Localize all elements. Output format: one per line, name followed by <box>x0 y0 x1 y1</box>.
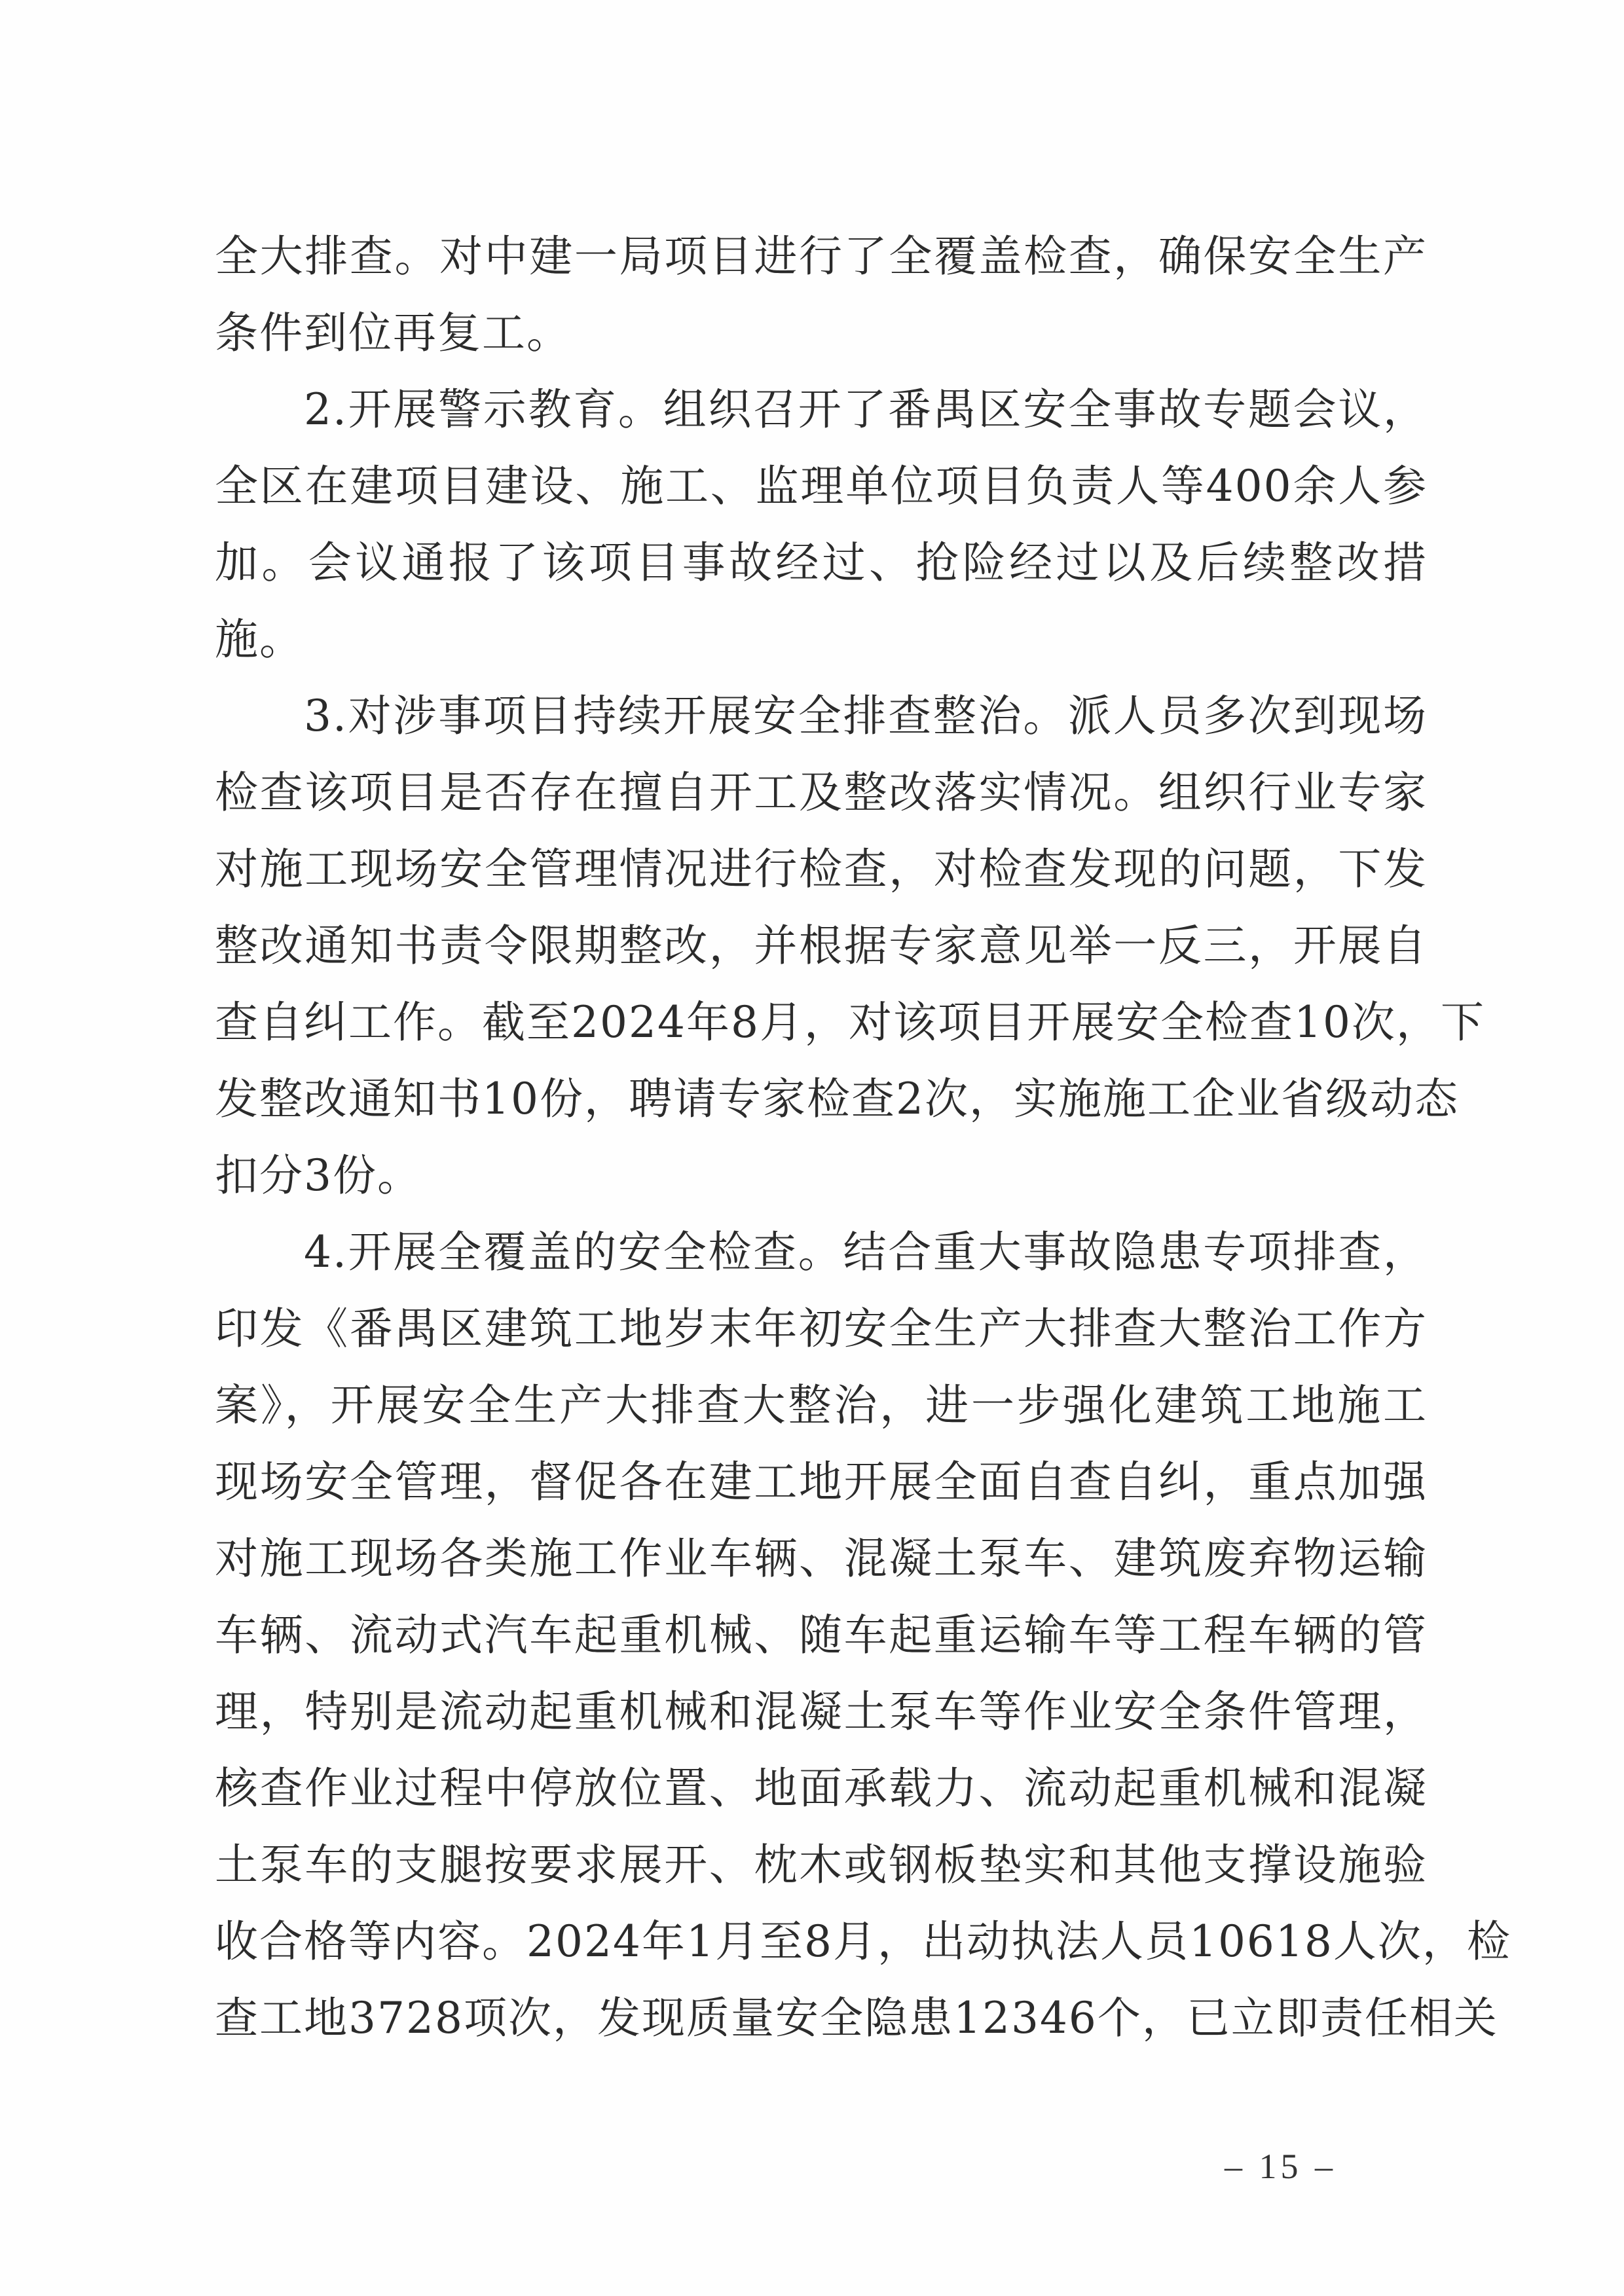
text-line: 车辆、流动式汽车起重机械、随车起重运输车等工程车辆的管 <box>215 1597 1428 1673</box>
text-line: 案》，开展安全生产大排查大整治，进一步强化建筑工地施工 <box>215 1367 1428 1444</box>
text-line: 全大排查。对中建一局项目进行了全覆盖检查，确保安全生产 <box>215 218 1428 295</box>
text-line: 理，特别是流动起重机械和混凝土泵车等作业安全条件管理， <box>215 1673 1428 1750</box>
text-line: 印发《番禺区建筑工地岁末年初安全生产大排查大整治工作方 <box>215 1290 1428 1367</box>
text-line: 2.开展警示教育。组织召开了番禺区安全事故专题会议， <box>215 371 1428 448</box>
body-text: 全大排查。对中建一局项目进行了全覆盖检查，确保安全生产条件到位再复工。2.开展警… <box>215 218 1428 2056</box>
text-line: 土泵车的支腿按要求展开、枕木或钢板垫实和其他支撑设施验 <box>215 1827 1428 1903</box>
document-page: 全大排查。对中建一局项目进行了全覆盖检查，确保安全生产条件到位再复工。2.开展警… <box>0 0 1624 2296</box>
text-line: 3.对涉事项目持续开展安全排查整治。派人员多次到现场 <box>215 678 1428 754</box>
text-line: 对施工现场各类施工作业车辆、混凝土泵车、建筑废弃物运输 <box>215 1520 1428 1597</box>
text-line: 4.开展全覆盖的安全检查。结合重大事故隐患专项排查， <box>215 1214 1428 1290</box>
text-line: 全区在建项目建设、施工、监理单位项目负责人等400余人参 <box>215 448 1428 524</box>
text-line: 核查作业过程中停放位置、地面承载力、流动起重机械和混凝 <box>215 1750 1428 1827</box>
text-line: 对施工现场安全管理情况进行检查，对检查发现的问题，下发 <box>215 831 1428 907</box>
text-line: 收合格等内容。2024年1月至8月，出动执法人员10618人次，检 <box>215 1903 1428 1980</box>
text-line: 扣分3份。 <box>215 1137 1428 1214</box>
text-line: 检查该项目是否存在擅自开工及整改落实情况。组织行业专家 <box>215 754 1428 831</box>
text-line: 查工地3728项次，发现质量安全隐患12346个，已立即责任相关 <box>215 1980 1428 2056</box>
text-line: 现场安全管理，督促各在建工地开展全面自查自纠，重点加强 <box>215 1444 1428 1520</box>
text-line: 发整改通知书10份，聘请专家检查2次，实施施工企业省级动态 <box>215 1061 1428 1137</box>
text-line: 整改通知书责令限期整改，并根据专家意见举一反三，开展自 <box>215 907 1428 984</box>
text-line: 施。 <box>215 601 1428 678</box>
text-line: 加。会议通报了该项目事故经过、抢险经过以及后续整改措 <box>215 524 1428 601</box>
page-number: – 15 – <box>1225 2146 1336 2187</box>
text-line: 查自纠工作。截至2024年8月，对该项目开展安全检查10次，下 <box>215 984 1428 1061</box>
text-line: 条件到位再复工。 <box>215 295 1428 371</box>
